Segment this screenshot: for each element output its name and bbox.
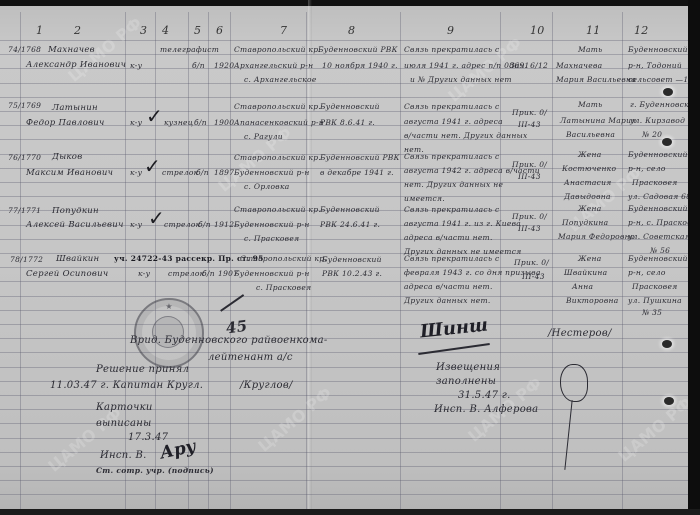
relative: Костюченко bbox=[562, 164, 616, 173]
drafted: в декабре 1941 г. bbox=[320, 168, 394, 177]
relative-address: р-н, село bbox=[628, 164, 666, 173]
relative-address: № 35 bbox=[642, 308, 662, 317]
party: б/п bbox=[194, 118, 207, 127]
watermark: ЦАМО РФ bbox=[44, 403, 125, 475]
rank: к-у bbox=[130, 61, 142, 70]
column-number: 5 bbox=[194, 24, 201, 37]
note: Прик. 0/ bbox=[514, 258, 549, 267]
record-id: 76/1770 bbox=[8, 153, 41, 162]
birthplace: Ставропольский кр. bbox=[234, 102, 321, 111]
decision-note: 11.03.47 г. Капитан Кругл. bbox=[50, 380, 203, 391]
cards-note: Инсп. В. bbox=[100, 450, 147, 461]
rank: к-у bbox=[130, 118, 142, 127]
record-id: 78/1772 bbox=[10, 255, 43, 264]
ruled-line bbox=[0, 494, 688, 495]
relative: Попудкина bbox=[562, 218, 608, 227]
birthplace: Буденновский р-н bbox=[234, 168, 310, 177]
birthplace: Буденновский р-н bbox=[234, 269, 310, 278]
note: Прик. 0/ bbox=[512, 160, 547, 169]
birthplace: с. Прасковея bbox=[244, 234, 299, 243]
punch-hole bbox=[662, 340, 672, 348]
relative-address: р-н, Тодоний bbox=[628, 61, 682, 70]
position: телеграфист bbox=[160, 45, 219, 54]
column-number: 10 bbox=[530, 24, 545, 37]
scan-top-edge bbox=[0, 0, 700, 6]
fate: Связь прекратилась с bbox=[404, 205, 500, 214]
signatory-title: лейтенант а/с bbox=[208, 352, 293, 363]
note: III-43 bbox=[518, 120, 541, 129]
ruled-line bbox=[0, 139, 688, 140]
relative: Васильевна bbox=[566, 130, 615, 139]
position: стрелок bbox=[168, 269, 204, 278]
scan-right-edge bbox=[688, 0, 700, 515]
rank: к-у bbox=[130, 168, 142, 177]
surname: Латынин bbox=[52, 103, 98, 113]
surname: Махначев bbox=[48, 45, 95, 55]
drafted: Буденновский bbox=[322, 255, 382, 264]
note: Зач. 6/12 bbox=[510, 61, 548, 70]
column-rule bbox=[500, 12, 501, 512]
relative: Анна bbox=[572, 282, 593, 291]
relative-address: Буденновский bbox=[628, 45, 688, 54]
note: Прик. 0/ bbox=[512, 108, 547, 117]
ruled-line bbox=[0, 97, 688, 98]
relative: Анастасия bbox=[564, 178, 612, 187]
decision-note: Решение принял bbox=[96, 364, 189, 375]
punch-hole bbox=[663, 88, 673, 96]
drafted: Буденновский РВК bbox=[318, 45, 398, 54]
relative: Мать bbox=[578, 45, 603, 54]
document-scan: ЦАМО РФ ЦАМО РФ ЦАМО РФ ЦАМО РФ ЦАМО РФ … bbox=[0, 0, 700, 515]
fate: Связь прекратилась с bbox=[404, 254, 500, 263]
party: б/п bbox=[198, 220, 211, 229]
birthplace: Ставропольский кр. bbox=[240, 254, 327, 263]
watermark: ЦАМО РФ bbox=[614, 393, 695, 465]
column-number: 7 bbox=[280, 24, 287, 37]
cards-date: 17.3.47 bbox=[128, 432, 168, 443]
birth-year: 1900 bbox=[214, 118, 234, 127]
name-patronymic: Александр Иванович bbox=[26, 60, 126, 70]
signatory-title: Врид. Буденновского райвоенкома- bbox=[130, 335, 328, 346]
relative: Швайкина bbox=[564, 268, 607, 277]
fate: адреса в/части нет. bbox=[404, 282, 493, 291]
fate: адреса в/части нет. bbox=[404, 233, 493, 242]
position: стрелок bbox=[164, 220, 200, 229]
rank: к-у bbox=[138, 269, 150, 278]
drafted: Буденновский bbox=[320, 102, 380, 111]
drafted: РВК 10.2.43 г. bbox=[322, 269, 382, 278]
fate: февраля 1943 г. со дня призыва bbox=[404, 268, 541, 277]
drafted: 10 ноября 1940 г. bbox=[322, 61, 398, 70]
notices-note: заполнены bbox=[436, 376, 496, 387]
name-patronymic: Максим Иванович bbox=[26, 168, 113, 178]
relative: Жена bbox=[578, 150, 601, 159]
relative-address: ул. Советская bbox=[628, 232, 690, 241]
note: Прик. 0/ bbox=[512, 212, 547, 221]
surname: Швайкин bbox=[56, 254, 99, 264]
relative-address: Буденновский bbox=[628, 254, 688, 263]
name-patronymic: Федор Павлович bbox=[26, 118, 105, 128]
notices-note: Извещения bbox=[436, 362, 500, 373]
column-number: 6 bbox=[216, 24, 223, 37]
column-number: 8 bbox=[348, 24, 355, 37]
drafted: РВК 8.6.41 г. bbox=[320, 118, 375, 127]
column-rule bbox=[622, 12, 623, 512]
column-number: 4 bbox=[162, 24, 169, 37]
relative-address: Прасковея bbox=[632, 178, 677, 187]
column-number: 3 bbox=[140, 24, 147, 37]
relative: Жена bbox=[578, 204, 601, 213]
notices-note: Инсп. В. Алферова bbox=[434, 404, 538, 415]
ruled-line bbox=[0, 438, 688, 439]
relative-address: р-н, село bbox=[628, 268, 666, 277]
relative-address: ул. Садовая 68 bbox=[628, 192, 691, 201]
relative-address: № 20 bbox=[642, 130, 662, 139]
party: б/п bbox=[202, 269, 215, 278]
fate: нет. Других данных не bbox=[404, 180, 503, 189]
birthplace: с. Архангельское bbox=[244, 75, 317, 84]
note: III-43 bbox=[518, 224, 541, 233]
punch-hole bbox=[664, 397, 674, 405]
relative-address: ул. Кирзавод bbox=[630, 116, 685, 125]
fate: августа 1941 г. адреса bbox=[404, 117, 503, 126]
relative: Мария Васильевна bbox=[556, 75, 636, 84]
check-mark-icon: ✓ bbox=[146, 104, 163, 128]
cards-note: Ст. сотр. учр. (подпись) bbox=[96, 466, 214, 475]
birthplace: с. Прасковея bbox=[256, 283, 311, 292]
punch-hole bbox=[662, 138, 672, 146]
record-id: 77/1771 bbox=[8, 206, 41, 215]
column-rule bbox=[552, 12, 553, 512]
ruled-line bbox=[0, 310, 688, 311]
ruled-line bbox=[0, 352, 688, 353]
column-number: 11 bbox=[586, 24, 601, 37]
signature-loop bbox=[560, 364, 588, 402]
column-rule bbox=[400, 12, 401, 512]
birthplace: Буденновский р-н bbox=[234, 220, 310, 229]
fate: августа 1941 г. из г. Киева bbox=[404, 219, 521, 228]
column-number: 12 bbox=[634, 24, 649, 37]
signature-stroke bbox=[564, 400, 572, 470]
fate: Связь прекратилась с bbox=[404, 102, 500, 111]
column-number: 2 bbox=[74, 24, 81, 37]
fate: Связь прекратилась с bbox=[404, 45, 500, 54]
birthplace: Ставропольский кр. bbox=[234, 153, 321, 162]
surname: Попудкин bbox=[52, 206, 99, 216]
birthplace: Ставропольский кр. bbox=[234, 205, 321, 214]
record-id: 74/1768 bbox=[8, 45, 41, 54]
drafted: Буденновский bbox=[320, 205, 380, 214]
star-icon: ★ bbox=[136, 302, 202, 311]
official-stamp: ★ bbox=[134, 298, 204, 368]
ruled-line bbox=[0, 111, 688, 112]
party: б/п bbox=[196, 168, 209, 177]
fate: Связь прекратилась с bbox=[404, 152, 500, 161]
signatory-name: /Нестеров/ bbox=[548, 328, 612, 339]
birthplace: Ставропольский кр. bbox=[234, 45, 321, 54]
fate: Других данных нет. bbox=[404, 296, 491, 305]
relative: Давыдовна bbox=[564, 192, 611, 201]
relative-address: Буденновский bbox=[628, 204, 688, 213]
relative-address: сельсовет —1 bbox=[628, 75, 688, 84]
fate: в/части нет. Других данных bbox=[404, 131, 528, 140]
ruled-line bbox=[0, 324, 688, 325]
drafted: РВК 24.6.41 г. bbox=[320, 220, 380, 229]
scan-bottom-edge bbox=[0, 509, 700, 515]
ruled-line bbox=[0, 480, 688, 481]
relative-address: г. Буденновск bbox=[630, 100, 689, 109]
relative-address: ул. Пушкина bbox=[628, 296, 682, 305]
cards-note: Карточки bbox=[96, 402, 153, 413]
birth-year: 1897 bbox=[214, 168, 234, 177]
birth-year: 1912 bbox=[214, 220, 234, 229]
note: III-43 bbox=[522, 272, 545, 281]
column-number: 1 bbox=[36, 24, 43, 37]
column-number: 9 bbox=[447, 24, 454, 37]
check-mark-icon: ✓ bbox=[148, 206, 165, 230]
drafted: Буденновский РВК bbox=[320, 153, 400, 162]
relative: Мать bbox=[578, 100, 603, 109]
decision-signature: /Круглов/ bbox=[240, 380, 293, 391]
notices-date: 31.5.47 г. bbox=[458, 390, 511, 401]
surname: Дыков bbox=[52, 152, 82, 162]
name-patronymic: Сергей Осипович bbox=[26, 269, 108, 279]
cards-note: выписаны bbox=[96, 418, 152, 429]
record-id: 75/1769 bbox=[8, 101, 41, 110]
relative: Жена bbox=[578, 254, 601, 263]
relative: Махначева bbox=[556, 61, 602, 70]
birthplace: Апанасенковский р-н bbox=[234, 118, 324, 127]
party: б/п bbox=[192, 61, 205, 70]
birthplace: с. Орловка bbox=[244, 182, 290, 191]
fate: имеется. bbox=[404, 194, 445, 203]
relative-address: Буденновский bbox=[628, 150, 688, 159]
position: стрелок bbox=[162, 168, 198, 177]
relative-address: Прасковея bbox=[632, 282, 677, 291]
position: кузнец bbox=[164, 118, 193, 127]
note: III-43 bbox=[518, 172, 541, 181]
relative: Викторовна bbox=[566, 296, 619, 305]
check-mark-icon: ✓ bbox=[144, 154, 161, 178]
birthplace: с. Рагули bbox=[244, 132, 283, 141]
rank: к-у bbox=[130, 220, 142, 229]
fate: и № Других данных нет bbox=[410, 75, 512, 84]
relative: Латынина Мария bbox=[560, 116, 636, 125]
birth-year: 1920 bbox=[214, 61, 234, 70]
name-patronymic: Алексей Васильевич bbox=[26, 220, 124, 230]
birthplace: Архангельский р-н bbox=[234, 61, 313, 70]
relative: Мария Федоровна bbox=[558, 232, 635, 241]
